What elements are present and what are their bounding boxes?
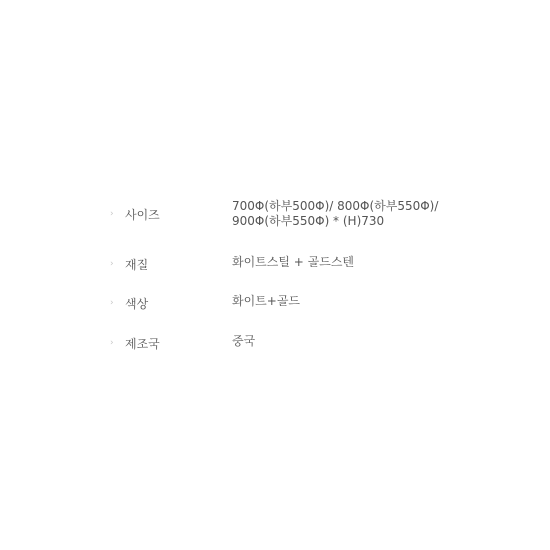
spec-label: 사이즈 (125, 206, 160, 223)
spec-label: 재질 (125, 256, 148, 273)
spec-value: 중국 (232, 334, 492, 349)
bullet-icon: › (110, 338, 114, 348)
bullet-icon: › (110, 209, 114, 219)
spec-value: 700Φ(하부500Φ)/ 800Φ(하부550Φ)/ 900Φ(하부550Φ)… (232, 199, 492, 229)
spec-label: 제조국 (125, 335, 160, 352)
spec-value: 화이트스틸 + 골드스텐 (232, 255, 492, 270)
bullet-icon: › (110, 259, 114, 269)
bullet-icon: › (110, 298, 114, 308)
spec-value: 화이트+골드 (232, 294, 492, 309)
spec-label: 색상 (125, 295, 148, 312)
